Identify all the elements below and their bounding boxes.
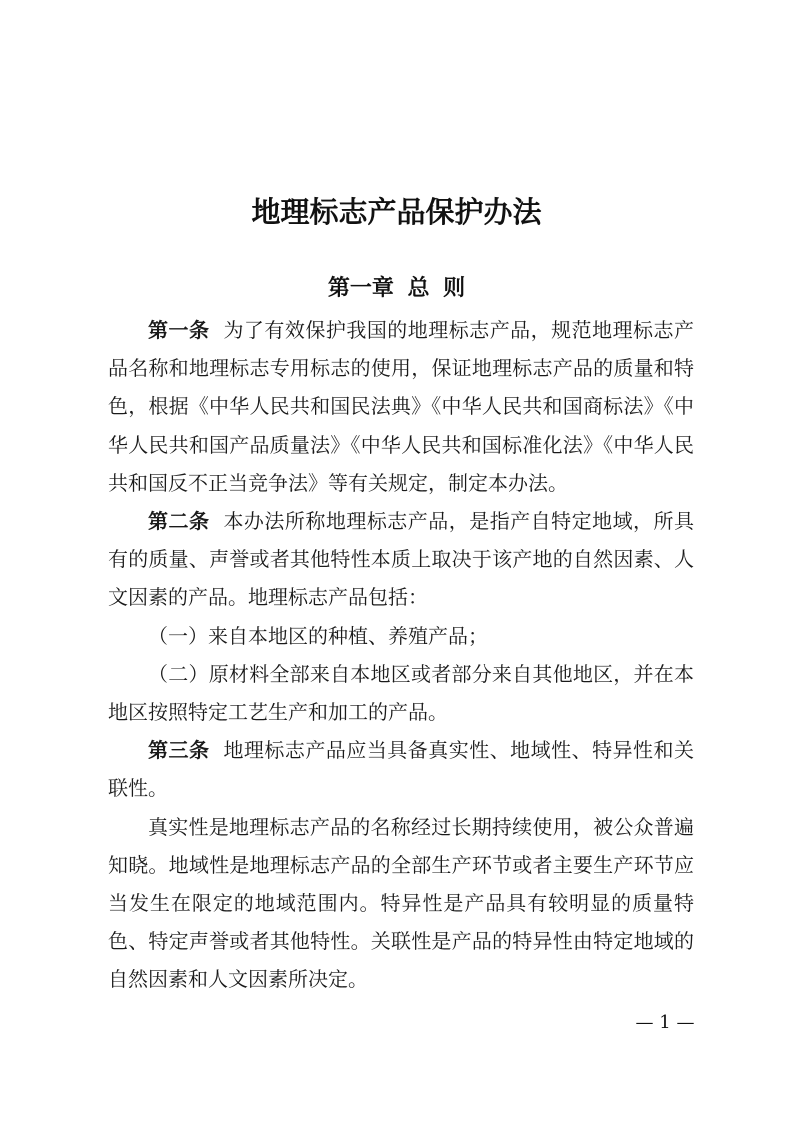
article-3-detail: 真实性是地理标志产品的名称经过长期持续使用，被公众普遍知晓。地域性是地理标志产品…: [108, 808, 694, 999]
list-item: （一）来自本地区的种植、养殖产品；: [108, 617, 694, 655]
article-1: 第一条为了有效保护我国的地理标志产品，规范地理标志产品名称和地理标志专用标志的使…: [108, 311, 694, 502]
document-title: 地理标志产品保护办法: [0, 190, 793, 231]
list-item: （二）原材料全部来自本地区或者部分来自其他地区，并在本地区按照特定工艺生产和加工…: [108, 655, 694, 731]
article-text: 为了有效保护我国的地理标志产品，规范地理标志产品名称和地理标志专用标志的使用，保…: [108, 318, 694, 495]
document-body: 第一条为了有效保护我国的地理标志产品，规范地理标志产品名称和地理标志专用标志的使…: [108, 311, 694, 999]
article-label: 第二条: [148, 509, 209, 533]
chapter-heading: 第一章 总 则: [0, 271, 793, 302]
page-number: — 1 —: [620, 1012, 710, 1033]
article-label: 第一条: [148, 318, 209, 342]
article-label: 第三条: [148, 738, 209, 762]
document-page: 地理标志产品保护办法 第一章 总 则 第一条为了有效保护我国的地理标志产品，规范…: [0, 0, 793, 1122]
article-3: 第三条地理标志产品应当具备真实性、地域性、特异性和关联性。: [108, 731, 694, 807]
article-2: 第二条本办法所称地理标志产品，是指产自特定地域，所具有的质量、声誉或者其他特性本…: [108, 502, 694, 617]
